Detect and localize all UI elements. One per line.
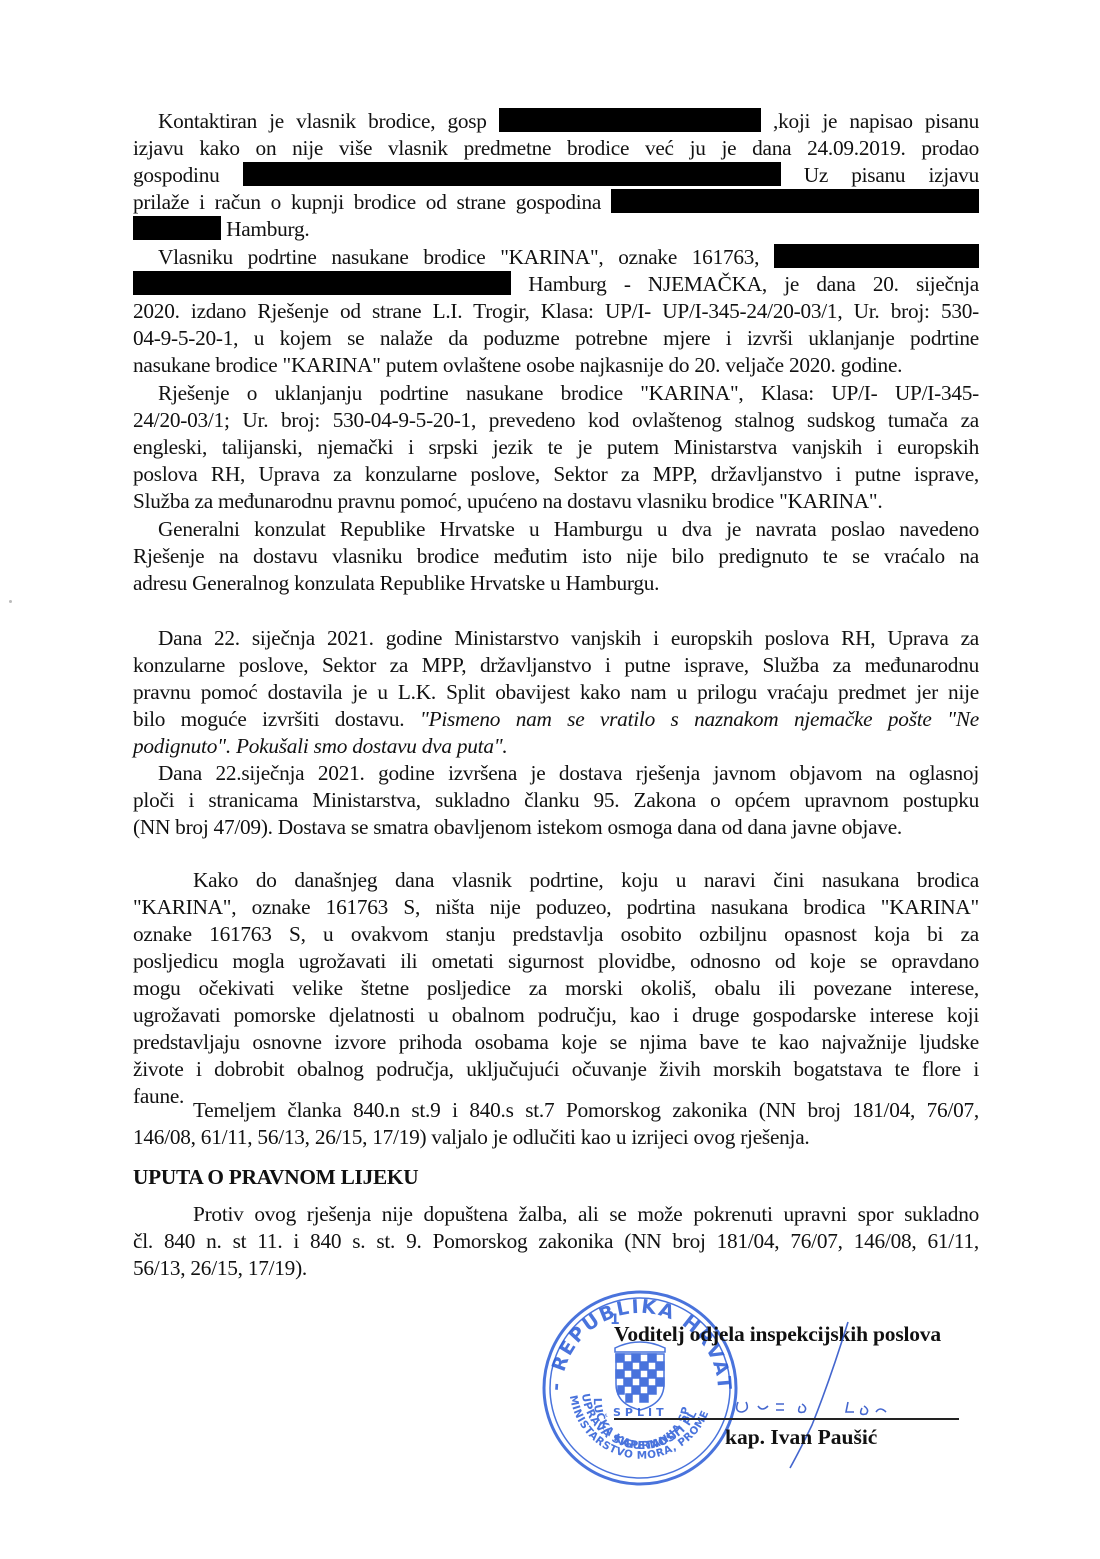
text-line: predstavljaju osnovne izvore prihoda oso… (133, 1029, 979, 1056)
text-line: "KARINA", oznake 161763 S, ništa nije po… (133, 894, 979, 921)
text-line: Generalni konzulat Republike Hrvatske u … (133, 516, 979, 543)
text-line: pravnu pomoć dostavila je u L.K. Split o… (133, 679, 979, 706)
official-stamp-icon: - REPUBLIKA HRVATSKA MINISTARSTVO MORA, … (540, 1286, 740, 1486)
text-line: bilo moguće izvršiti dostavu. "Pismeno n… (133, 706, 979, 733)
text-line: gospodinu Uz pisanu izjavu (133, 162, 979, 189)
text-line: ploči i stranicama Ministarstva, sukladn… (133, 787, 979, 814)
text-line: ugrožavati pomorske djelatnosti u obalno… (133, 1002, 979, 1029)
text-line: oznake 161763 S, u ovakvom stanju predst… (133, 921, 979, 948)
text-line: podignuto". Pokušali smo dostavu dva put… (133, 733, 979, 760)
text-line: 24/20-03/1; Ur. broj: 530-04-9-5-20-1, p… (133, 407, 979, 434)
signatory-name: kap. Ivan Paušić (725, 1425, 877, 1450)
text-line: nasukane brodice "KARINA" putem ovlašten… (133, 352, 979, 379)
text-line: Hamburg - NJEMAČKA, je dana 20. siječnja (133, 271, 979, 298)
text-line: engleski, talijanski, njemački i srpski … (133, 434, 979, 461)
text-line: 2020. izdano Rješenje od strane L.I. Tro… (133, 298, 979, 325)
paragraph: Generalni konzulat Republike Hrvatske u … (133, 516, 979, 597)
signature-line (614, 1418, 959, 1420)
paragraph: Dana 22.siječnja 2021. godine izvršena j… (133, 760, 979, 841)
text-line: 04-9-5-20-1, u kojem se nalaže da poduzm… (133, 325, 979, 352)
redaction-box (243, 162, 781, 186)
redaction-box (611, 189, 979, 213)
redaction-box (133, 216, 221, 240)
text-line: Rješenje o uklanjanju podrtine nasukane … (133, 380, 979, 407)
paragraph: Kontaktiran je vlasnik brodice, gosp ,ko… (133, 108, 979, 243)
text-line: 146/08, 61/11, 56/13, 26/15, 17/19) valj… (133, 1124, 979, 1151)
text-line: Temeljem članka 840.n st.9 i 840.s st.7 … (133, 1097, 979, 1124)
text-line: Dana 22.siječnja 2021. godine izvršena j… (133, 760, 979, 787)
paragraph: Protiv ovog rješenja nije dopuštena žalb… (133, 1201, 979, 1282)
text-line: Služba za međunarodnu pravnu pomoć, upuć… (133, 488, 979, 515)
text-line: mogu očekivati velike štetne posljedice … (133, 975, 979, 1002)
redaction-box (133, 271, 511, 295)
paragraph: Kako do današnjeg dana vlasnik podrtine,… (133, 867, 979, 1110)
document-page: Kontaktiran je vlasnik brodice, gosp ,ko… (0, 0, 1100, 1559)
quoted-text: podignuto". Pokušali smo dostavu dva put… (133, 734, 508, 758)
text-line: adresu Generalnog konzulata Republike Hr… (133, 570, 979, 597)
text-line: Dana 22. siječnja 2021. godine Ministars… (133, 625, 979, 652)
text-line: poslova RH, Uprava za konzularne poslove… (133, 461, 979, 488)
paragraph: Vlasniku podrtine nasukane brodice "KARI… (133, 244, 979, 379)
text-line: (NN broj 47/09). Dostava se smatra obavl… (133, 814, 979, 841)
text-line: prilaže i račun o kupnji brodice od stra… (133, 189, 979, 216)
scan-artifact (9, 600, 12, 603)
text-line: Kako do današnjeg dana vlasnik podrtine,… (133, 867, 979, 894)
text-line: Hamburg. (133, 216, 979, 243)
text-line: Rješenje na dostavu vlasniku brodice međ… (133, 543, 979, 570)
text-line: posljedicu mogla ugrožavati ili ometati … (133, 948, 979, 975)
text-line: Vlasniku podrtine nasukane brodice "KARI… (133, 244, 979, 271)
quoted-text: "Pismeno nam se vratilo s naznakom njema… (420, 707, 979, 731)
text-line: konzularne poslove, Sektor za MPP, držav… (133, 652, 979, 679)
paragraph: Temeljem članka 840.n st.9 i 840.s st.7 … (133, 1097, 979, 1151)
redaction-box (499, 108, 761, 132)
text-line: čl. 840 n. st 11. i 840 s. st. 9. Pomors… (133, 1228, 979, 1255)
text-line: Kontaktiran je vlasnik brodice, gosp ,ko… (133, 108, 979, 135)
text-line: živote i dobrobit obalnog područja, uklj… (133, 1056, 979, 1083)
redaction-box (774, 244, 979, 268)
paragraph: Dana 22. siječnja 2021. godine Ministars… (133, 625, 979, 760)
section-heading: UPUTA O PRAVNOM LIJEKU (133, 1164, 979, 1191)
text-line: 56/13, 26/15, 17/19). (133, 1255, 979, 1282)
text-line: izjavu kako on nije više vlasnik predmet… (133, 135, 979, 162)
text-line: Protiv ovog rješenja nije dopuštena žalb… (133, 1201, 979, 1228)
paragraph: Rješenje o uklanjanju podrtine nasukane … (133, 380, 979, 515)
